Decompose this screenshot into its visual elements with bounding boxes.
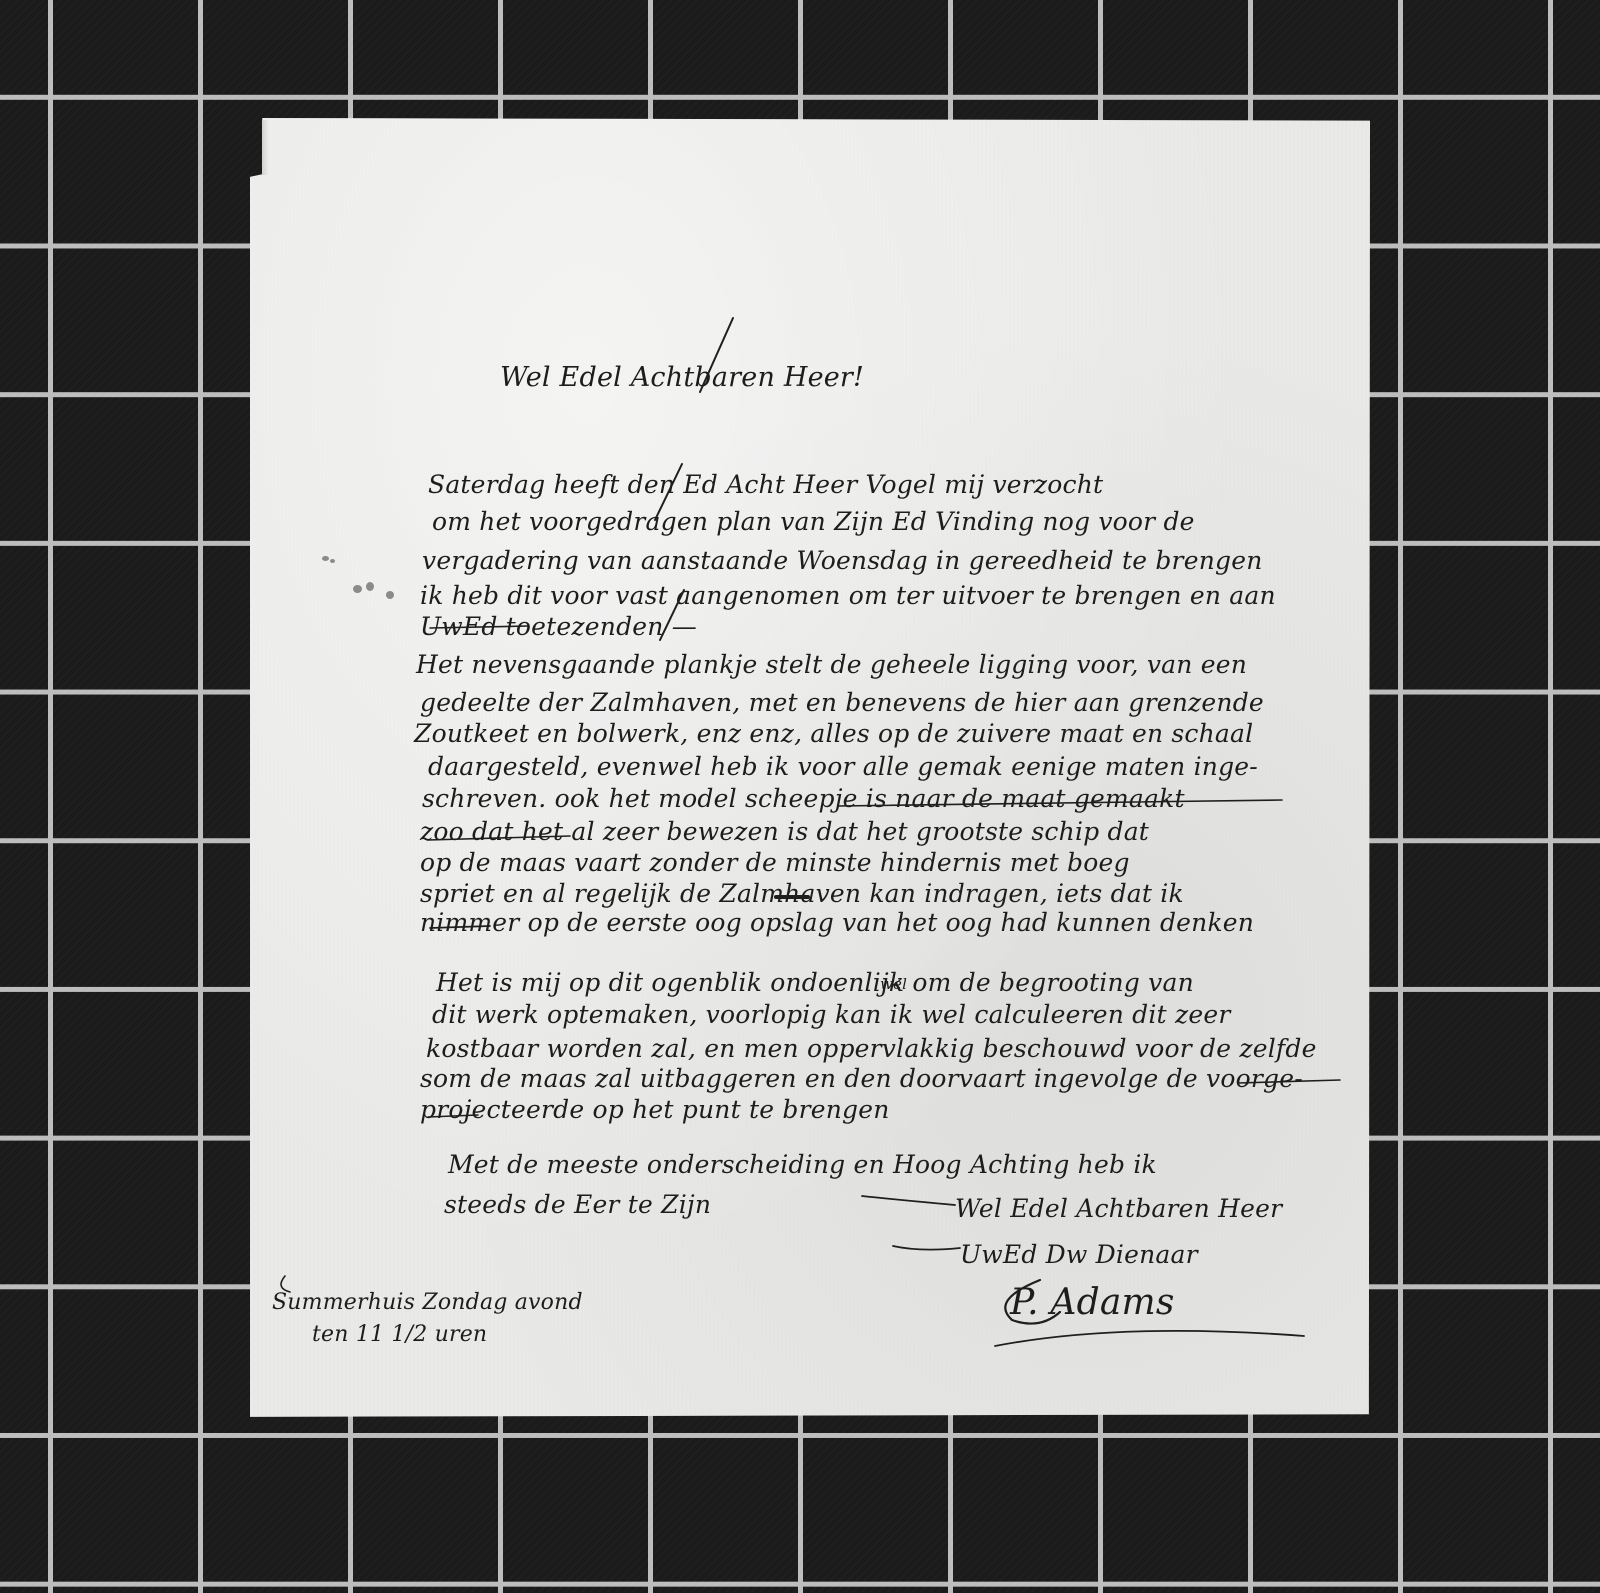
paragraph-1-line-5: UwEd toetezenden — xyxy=(420,612,697,641)
paragraph-2-line-7: op de maas vaart zonder de minste hinder… xyxy=(420,848,1130,877)
paragraph-2-line-6: zoo dat het al zeer bewezen is dat het g… xyxy=(420,817,1149,846)
paragraph-1-line-1: Saterdag heeft den Ed Acht Heer Vogel mi… xyxy=(428,470,1103,499)
paragraph-1-line-4: ik heb dit voor vast aangenomen om ter u… xyxy=(420,581,1276,610)
closing-line-2: steeds de Eer te Zijn xyxy=(444,1190,711,1219)
paragraph-2-line-3: Zoutkeet en bolwerk, enz enz, alles op d… xyxy=(414,719,1253,748)
interlinear-insertion: wel xyxy=(880,975,907,993)
closing-line-1: Met de meeste onderscheiding en Hoog Ach… xyxy=(448,1150,1157,1179)
paragraph-2-line-1: Het nevensgaande plankje stelt de geheel… xyxy=(416,650,1247,679)
paragraph-3-line-2: dit werk optemaken, voorlopig kan ik wel… xyxy=(432,1000,1230,1029)
paragraph-2-line-2: gedeelte der Zalmhaven, met en benevens … xyxy=(420,688,1264,717)
paragraph-1-line-2: om het voorgedragen plan van Zijn Ed Vin… xyxy=(432,507,1195,536)
paragraph-2-line-5: schreven. ook het model scheepje is naar… xyxy=(422,784,1185,813)
closing-address: Wel Edel Achtbaren Heer xyxy=(955,1194,1282,1223)
paragraph-3-line-3: kostbaar worden zal, en men oppervlakkig… xyxy=(426,1034,1317,1063)
paragraph-3-line-1: Het is mij op dit ogenblik ondoenlijk om… xyxy=(436,968,1194,997)
paragraph-2-line-4: daargesteld, evenwel heb ik voor alle ge… xyxy=(428,752,1258,781)
salutation: Wel Edel Achtbaren Heer! xyxy=(500,362,864,393)
signature: P. Adams xyxy=(1010,1282,1175,1323)
paragraph-2-line-8: spriet en al regelijk de Zalmhaven kan i… xyxy=(420,879,1184,908)
paragraph-1-line-3: vergadering van aanstaande Woensdag in g… xyxy=(422,546,1263,575)
paper-fold-edge xyxy=(262,120,270,175)
place-date-line-2: ten 11 1/2 uren xyxy=(312,1322,487,1347)
paragraph-3-line-5: projecteerde op het punt te brengen xyxy=(420,1095,890,1124)
paragraph-3-line-4: som de maas zal uitbaggeren en den doorv… xyxy=(420,1064,1303,1093)
paragraph-2-line-9: nimmer op de eerste oog opslag van het o… xyxy=(420,908,1254,937)
closing-servant: UwEd Dw Dienaar xyxy=(960,1240,1198,1269)
place-date-line-1: Summerhuis Zondag avond xyxy=(272,1290,583,1315)
